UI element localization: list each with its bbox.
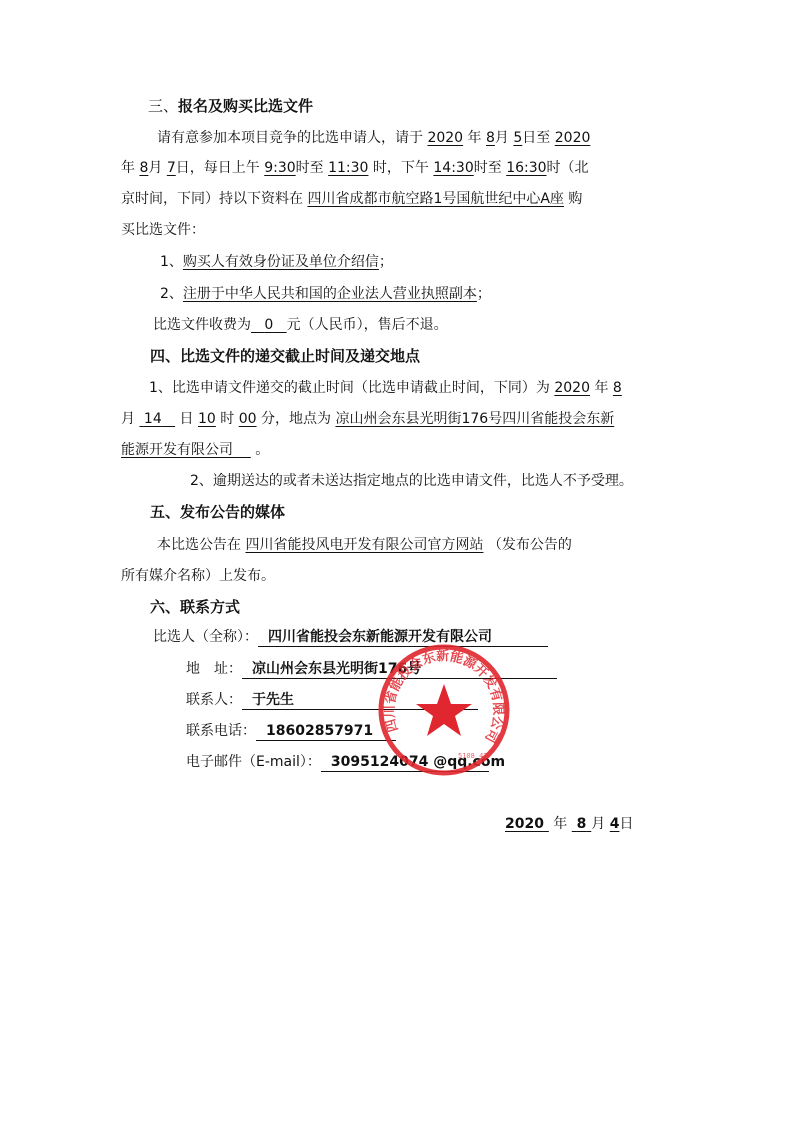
svg-text:5108 47: 5108 47 [458, 752, 488, 760]
text: 本比选公告在 [157, 537, 241, 553]
place2-value: 能源开发有限公司 [121, 442, 233, 458]
item-number: 1、 [160, 254, 183, 270]
section3-para-line4: 买比选文件： [121, 220, 205, 240]
year-value: 2020 [505, 816, 544, 832]
section4-para1-line3: 能源开发有限公司 。 [121, 440, 269, 460]
contact-phone: 联系电话：18602857971 [186, 721, 396, 741]
section3-heading-num: 三、 [148, 97, 178, 115]
section6-heading: 六、联系方式 [150, 597, 240, 617]
contact-label: 联系电话： [186, 723, 256, 739]
text: 买比选文件： [121, 222, 205, 238]
text: 日，每日上午 [176, 160, 260, 176]
text: 年 [553, 816, 567, 832]
text: 元（人民币），售后不退。 [287, 317, 448, 333]
publish-media: 四川省能投风电开发有限公司官方网站 [245, 537, 483, 553]
text: 时，下午 [373, 160, 429, 176]
fee-amount: 0 [251, 317, 287, 333]
fee-line: 比选文件收费为 0 元（人民币），售后不退。 [153, 315, 448, 335]
contact-label: 地 址： [186, 661, 242, 677]
section4-heading: 四、比选文件的递交截止时间及递交地点 [150, 346, 420, 366]
contact-label: 电子邮件（E-mail）： [186, 754, 321, 770]
section5-heading: 五、发布公告的媒体 [150, 502, 285, 522]
deadline-day-value: 14 [144, 411, 162, 427]
start-month: 8 [486, 130, 495, 146]
text: 京时间，下同）持以下资料在 [121, 191, 303, 207]
am-start: 9:30 [264, 160, 295, 176]
text: 时至 [296, 160, 324, 176]
text: 时（北 [547, 160, 589, 176]
start-year: 2020 [427, 130, 463, 146]
red-star-seal-icon: 四川省能投会东新能源开发有限公司 5108 47 [376, 642, 512, 778]
text: 月 [121, 411, 135, 427]
text: 日至 [522, 130, 550, 146]
item-end: ； [477, 286, 491, 302]
submission-place-1: 凉山州会东县光明街176号四川省能投会东新 [335, 411, 614, 427]
text: 年 [121, 160, 135, 176]
official-seal-stamp: 四川省能投会东新能源开发有限公司 5108 47 [376, 642, 512, 778]
text: 月 [148, 160, 162, 176]
section3-para-line2: 年 8月 7日，每日上午 9:30时至 11:30 时，下午 14:30时至 1… [121, 158, 589, 178]
section3-heading: 三、报名及购买比选文件 [148, 96, 313, 116]
text: 年 [594, 380, 608, 396]
start-day: 5 [513, 130, 522, 146]
section4-para1-line2: 月 14 日 10 时 00 分，地点为 凉山州会东县光明街176号四川省能投会… [121, 409, 614, 429]
section5-para-line2: 所有媒介名称）上发布。 [121, 566, 275, 586]
text: 年 [468, 130, 482, 146]
text: 月 [591, 816, 605, 832]
requirement-item-1: 1、购买人有效身份证及单位介绍信； [160, 252, 393, 272]
text: 时至 [474, 160, 502, 176]
item-text: 注册于中华人民共和国的企业法人营业执照副本 [183, 286, 477, 302]
deadline-year: 2020 [554, 380, 590, 396]
text: （发布公告的 [488, 537, 572, 553]
date-month: 8 [572, 816, 592, 832]
date-day: 4 [610, 816, 620, 832]
text: 日 [180, 411, 194, 427]
pm-start: 14:30 [433, 160, 473, 176]
section3-heading-text: 报名及购买比选文件 [178, 97, 313, 115]
text: 。 [255, 442, 269, 458]
text: 请有意参加本项目竞争的比选申请人，请于 [157, 130, 423, 146]
contact-value: 18602857971 [256, 721, 396, 741]
contact-label: 比选人（全称）： [153, 629, 258, 645]
fee-value: 0 [264, 317, 273, 333]
end-day: 7 [167, 160, 176, 176]
text: 购 [568, 191, 582, 207]
section4-para2: 2、逾期送达的或者未送达指定地点的比选申请文件，比选人不予受理。 [190, 471, 633, 491]
end-year: 2020 [555, 130, 591, 146]
deadline-hour: 10 [198, 411, 216, 427]
month-value: 8 [577, 816, 587, 832]
deadline-minute: 00 [239, 411, 257, 427]
contact-label: 联系人： [186, 692, 242, 708]
signing-date: 2020 年 8 月 4日 [505, 814, 633, 834]
text: 1、比选申请文件递交的截止时间（比选申请截止时间，下同）为 [149, 380, 550, 396]
item-number: 2、 [160, 286, 183, 302]
am-end: 11:30 [328, 160, 368, 176]
section3-para-line3: 京时间，下同）持以下资料在 四川省成都市航空路1号国航世纪中心A座 购 [121, 189, 582, 209]
text: 分，地点为 [261, 411, 331, 427]
purchase-location: 四川省成都市航空路1号国航世纪中心A座 [307, 191, 563, 207]
section4-para1-line1: 1、比选申请文件递交的截止时间（比选申请截止时间，下同）为 2020 年 8 [149, 378, 622, 398]
text: 比选文件收费为 [153, 317, 251, 333]
date-year: 2020 [505, 816, 549, 832]
section3-para-line1: 请有意参加本项目竞争的比选申请人，请于 2020 年 8月 5日至 2020 [157, 128, 590, 148]
deadline-month: 8 [613, 380, 622, 396]
item-text: 购买人有效身份证及单位介绍信 [183, 254, 379, 270]
item-end: ； [379, 254, 393, 270]
deadline-day: 14 [139, 411, 175, 427]
submission-place-2: 能源开发有限公司 [121, 442, 251, 458]
text: 时 [220, 411, 234, 427]
text: 月 [495, 130, 509, 146]
section5-para-line1: 本比选公告在 四川省能投风电开发有限公司官方网站 （发布公告的 [157, 535, 572, 555]
pm-end: 16:30 [506, 160, 546, 176]
text: 日 [619, 816, 633, 832]
requirement-item-2: 2、注册于中华人民共和国的企业法人营业执照副本； [160, 284, 491, 304]
